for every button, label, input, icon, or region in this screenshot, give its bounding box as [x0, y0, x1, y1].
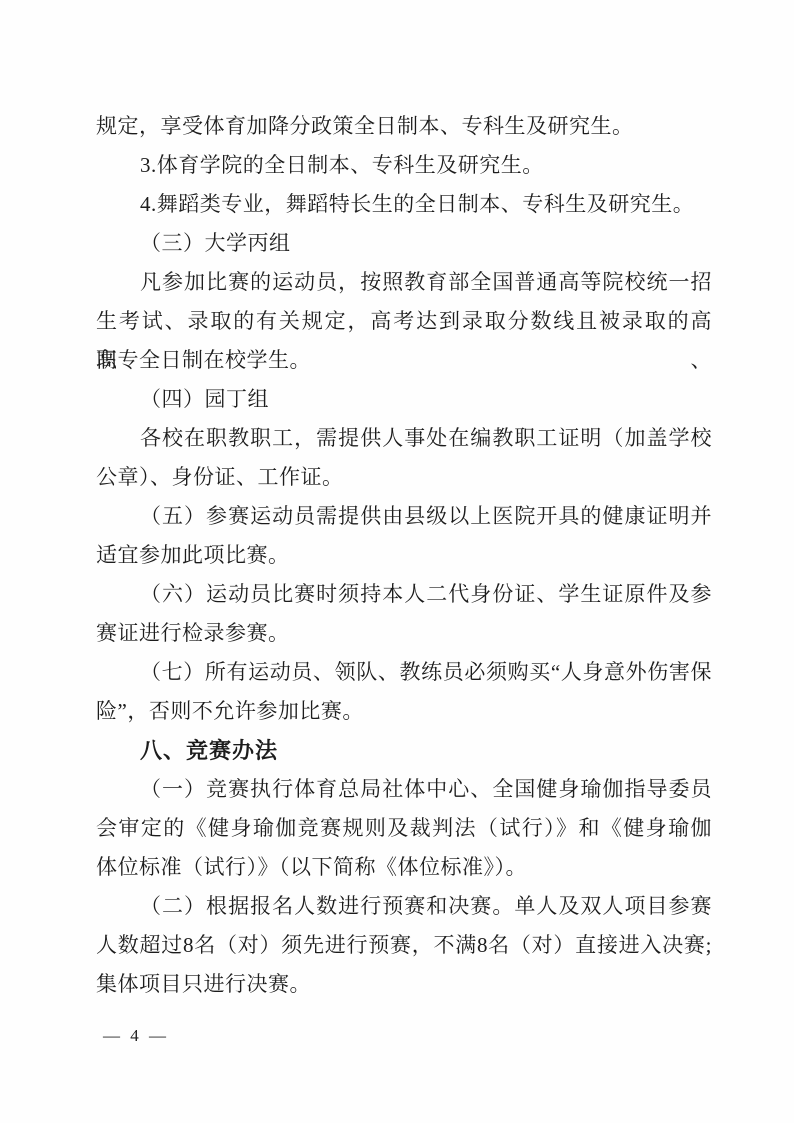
page-number: — 4 — — [103, 1026, 169, 1046]
text-line: 各校在职教职工，需提供人事处在编教职工证明（加盖学校 — [96, 419, 712, 458]
text-line: 4.舞蹈类专业，舞蹈特长生的全日制本、专科生及研究生。 — [96, 185, 712, 224]
text-line: 集体项目只进行决赛。 — [96, 965, 712, 1004]
text-line: （五）参赛运动员需提供由县级以上医院开具的健康证明并 — [96, 497, 712, 536]
text-line: 3.体育学院的全日制本、专科生及研究生。 — [96, 146, 712, 185]
text-line: （六）运动员比赛时须持本人二代身份证、学生证原件及参 — [96, 575, 712, 614]
text-line: 公章）、身份证、工作证。 — [96, 458, 712, 497]
document-body: 规定，享受体育加降分政策全日制本、专科生及研究生。 3.体育学院的全日制本、专科… — [96, 107, 712, 1004]
text-line: 险”，否则不允许参加比赛。 — [96, 692, 712, 731]
text-line: （七）所有运动员、领队、教练员必须购买“人身意外伤害保 — [96, 653, 712, 692]
text-line: 人数超过8名（对）须先进行预赛，不满8名（对）直接进入决赛; — [96, 926, 712, 965]
section-heading: 八、竞赛办法 — [96, 731, 712, 770]
text-line: 赛证进行检录参赛。 — [96, 614, 712, 653]
text-line: （一）竞赛执行体育总局社体中心、全国健身瑜伽指导委员 — [96, 770, 712, 809]
document-page: 规定，享受体育加降分政策全日制本、专科生及研究生。 3.体育学院的全日制本、专科… — [0, 0, 794, 1123]
text-line: 规定，享受体育加降分政策全日制本、专科生及研究生。 — [96, 107, 712, 146]
text-line: （二）根据报名人数进行预赛和决赛。单人及双人项目参赛 — [96, 887, 712, 926]
text-line: 生考试、录取的有关规定，高考达到录取分数线且被录取的高职、 — [96, 302, 712, 341]
text-line: 适宜参加此项比赛。 — [96, 536, 712, 575]
text-line: 体位标准（试行）》（以下简称《体位标准》）。 — [96, 848, 712, 887]
text-line: 会审定的《健身瑜伽竞赛规则及裁判法（试行）》和《健身瑜伽 — [96, 809, 712, 848]
text-line: 凡参加比赛的运动员，按照教育部全国普通高等院校统一招 — [96, 263, 712, 302]
text-line: （四）园丁组 — [96, 380, 712, 419]
text-line: （三）大学丙组 — [96, 224, 712, 263]
